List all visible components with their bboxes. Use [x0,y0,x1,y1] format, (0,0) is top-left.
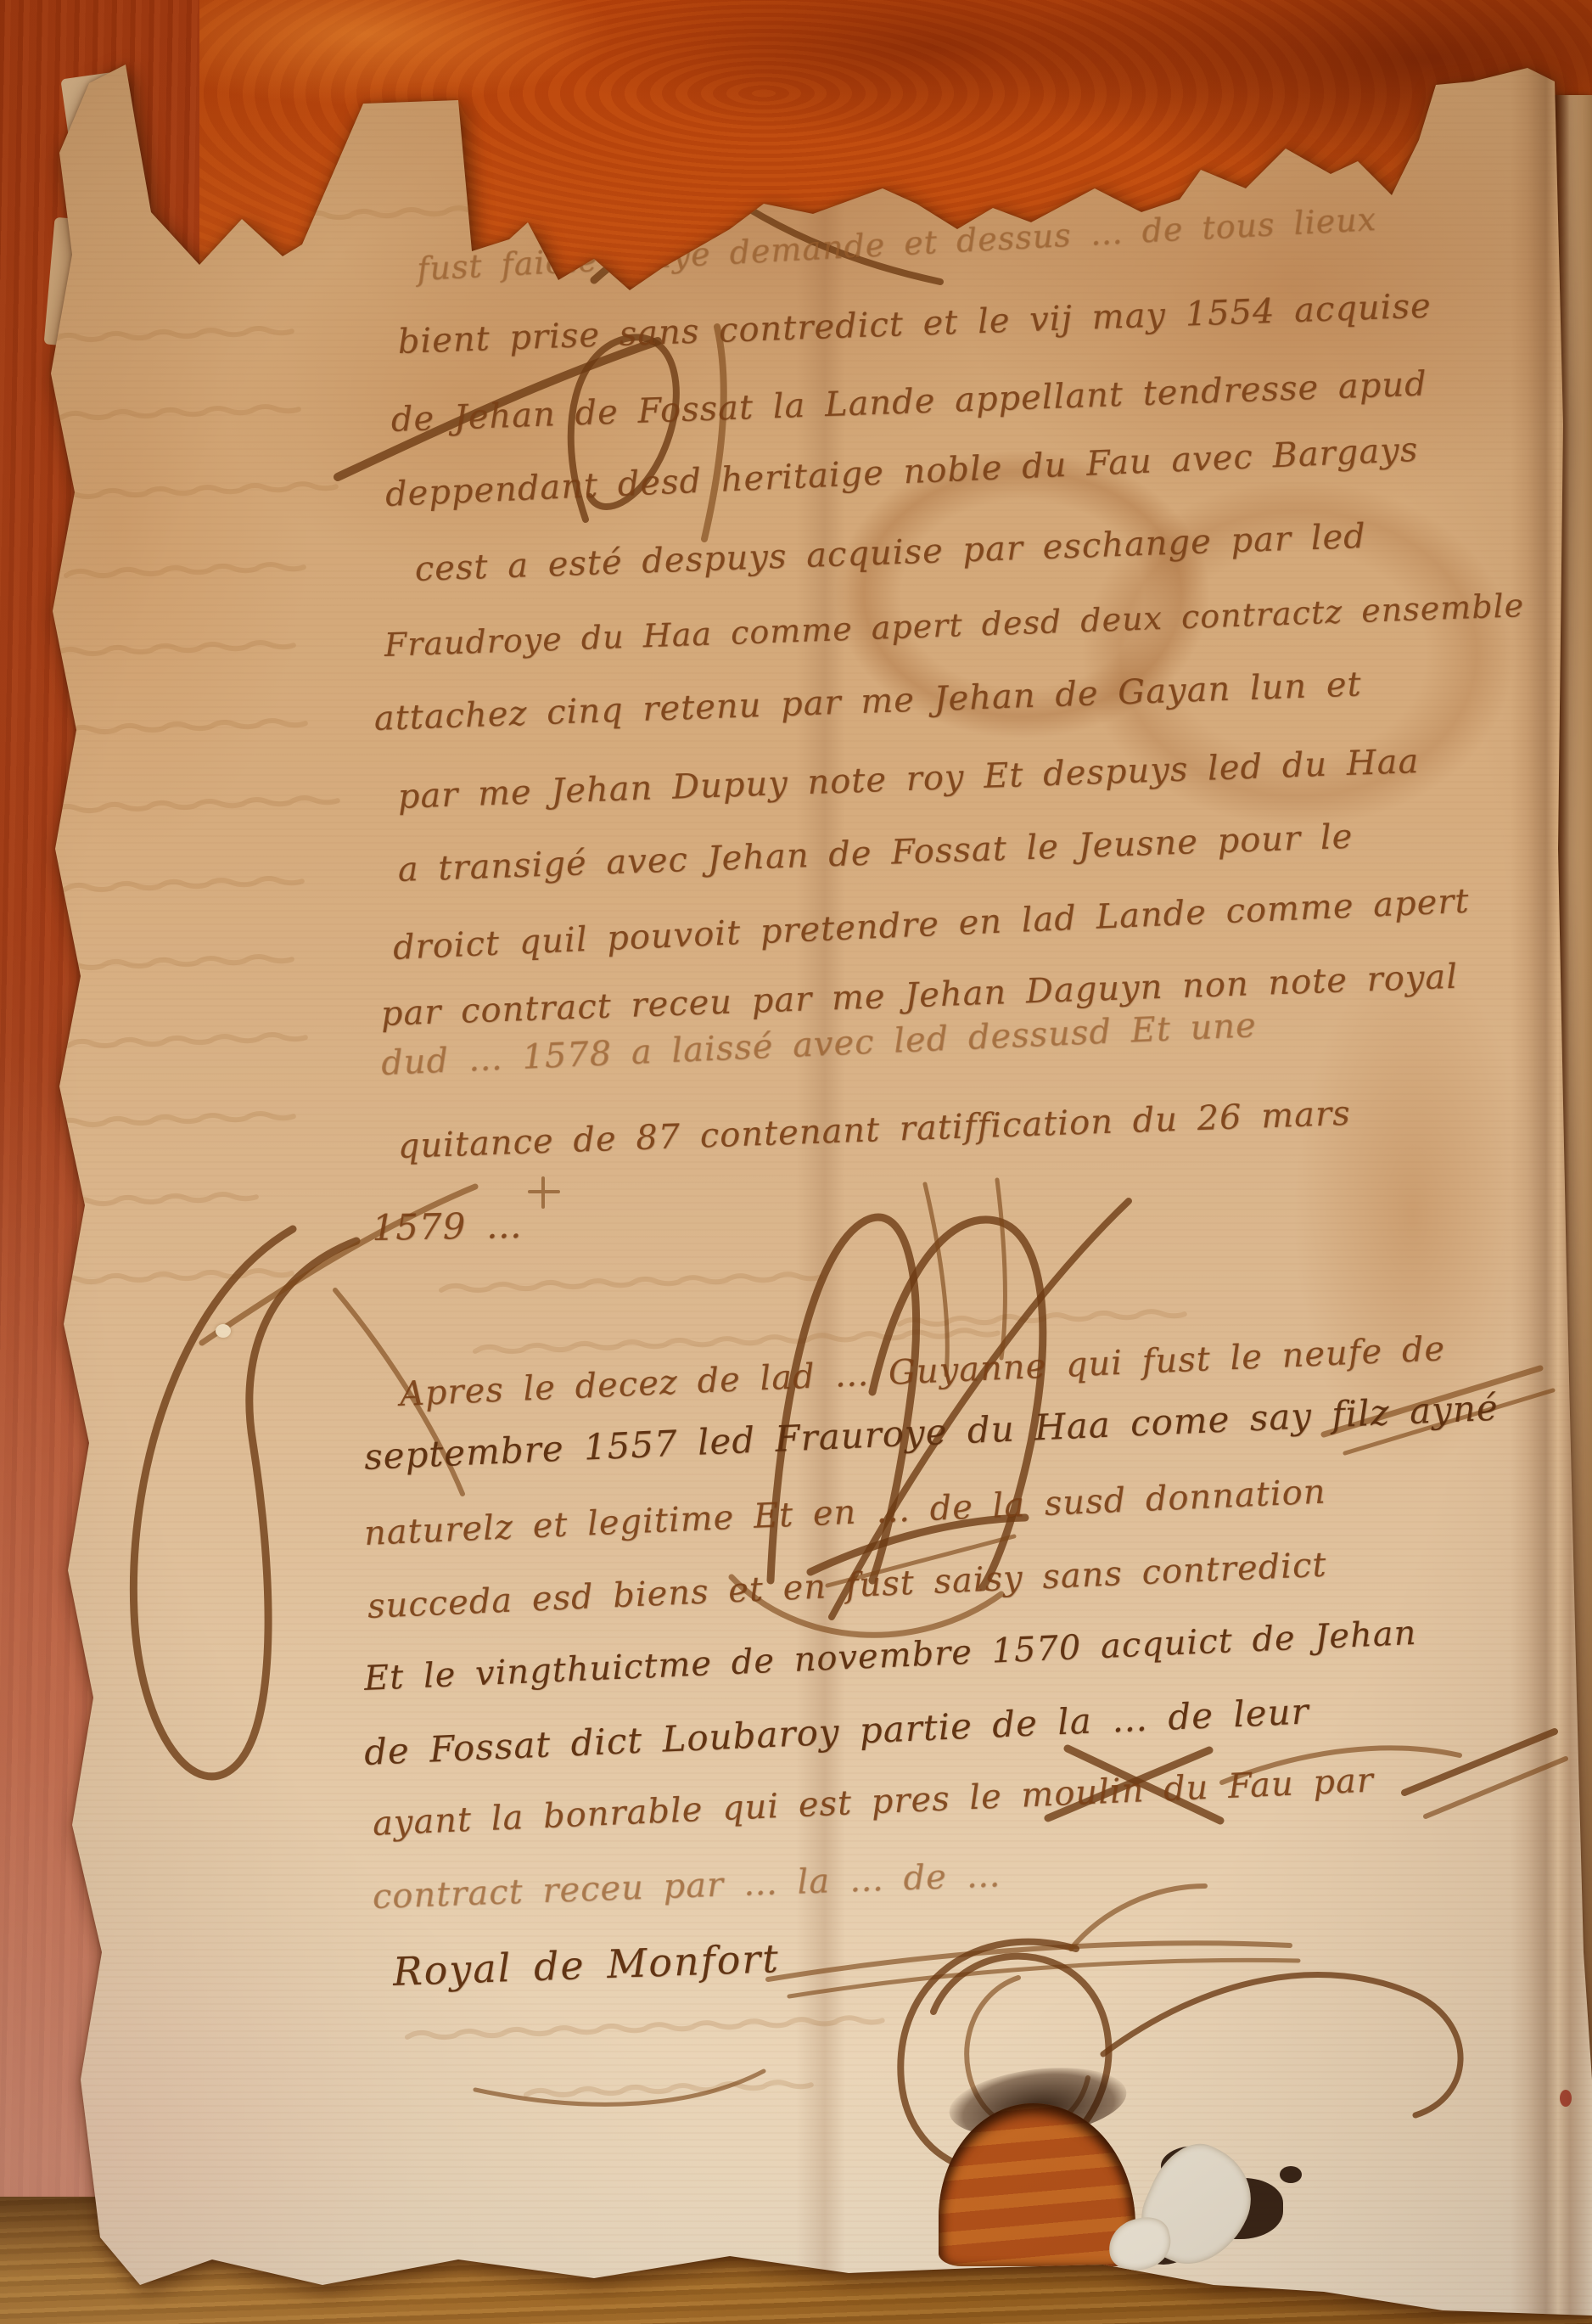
manuscript-line: Fraudroye du Haa comme apert desd deux c… [384,587,1525,664]
manuscript-line: contract receu par … la … de … [372,1855,1001,1917]
charred-spot [1280,2166,1302,2183]
manuscript-line: par me Jehan Dupuy note roy Et despuys l… [397,742,1420,817]
manuscript-line: naturelz et legitime Et en … de la susd … [363,1473,1326,1553]
manuscript-line: 1579 … [372,1204,523,1249]
notary-signature: Royal de Monfort [392,1935,781,1995]
manuscript-line: fust faicte vraye demande et dessus … de… [416,200,1377,288]
manuscript-line: succeda esd biens et en fust saisy sans … [367,1546,1327,1626]
manuscript-line: Et le vingthuictme de novembre 1570 acqu… [363,1614,1417,1698]
manuscript-page-wrap: fust faicte vraye demande et dessus … de… [0,0,1592,2324]
photo-of-manuscript: fust faicte vraye demande et dessus … de… [0,0,1592,2324]
manuscript-line: ayant la bonrable qui est pres le moulin… [372,1760,1375,1843]
manuscript-line: a transigé avec Jehan de Fossat le Jeusn… [397,817,1354,890]
manuscript-line: de Jehan de Fossat la Lande appellant te… [390,364,1427,440]
manuscript-line: droict quil pouvoit pretendre en lad Lan… [392,882,1470,968]
manuscript-line: de Fossat dict Loubaroy partie de la … d… [363,1690,1310,1773]
red-wax-speck [1560,2090,1572,2107]
manuscript-line: attachez cinq retenu par me Jehan de Gay… [373,665,1362,738]
manuscript-line: cest a esté despuys acquise par eschange… [414,517,1366,589]
manuscript-line: quitance de 87 contenant ratiffication d… [397,1094,1351,1166]
manuscript-line: bient prise sans contredict et le vij ma… [397,286,1432,361]
manuscript-page: fust faicte vraye demande et dessus … de… [0,0,1592,2324]
paper-pinhole [216,1324,231,1338]
ink-flourishes [0,0,1592,2324]
manuscript-line: deppendant desd heritaige noble du Fau a… [384,430,1419,514]
